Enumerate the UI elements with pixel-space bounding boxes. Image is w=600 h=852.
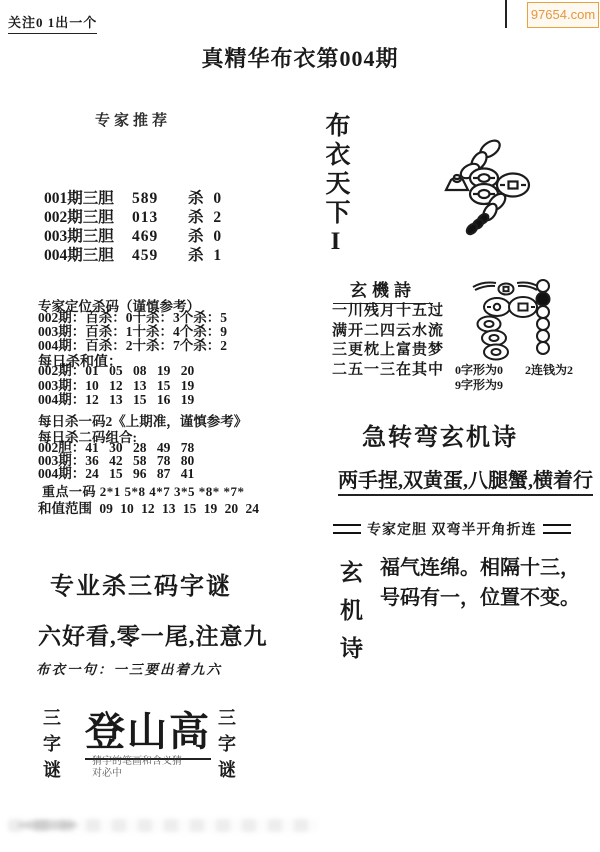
poem-line: 满开二四云水流 [332, 322, 444, 342]
sharp-turn-poem-title: 急转弯玄机诗 [362, 417, 518, 452]
riddle-main-line: 六好看,零一尾,注意九 [38, 618, 268, 651]
daily-kill-sum-line: 002期：01 05 08 19 20 [38, 364, 194, 379]
daily-kill-sum-line: 003期：10 12 13 15 19 [38, 379, 194, 394]
poem-line: 二五一三在其中 [332, 361, 444, 381]
note-line: 猜字的笔画和含义猜 [92, 756, 182, 768]
note-line: 对必中 [92, 768, 182, 780]
three-char-riddle-label-right: 三字谜 [213, 708, 239, 786]
banner-dash-right [543, 524, 571, 534]
site-link[interactable]: 97654.com [527, 2, 599, 28]
kill-value: 杀 0 [188, 227, 224, 246]
poem-line: 三更枕上富贵梦 [332, 341, 444, 361]
buyi-sentence: 布衣一句：一三要出着九六 [36, 658, 222, 678]
dan-value: 013 [132, 208, 188, 227]
dan-value: 459 [132, 246, 188, 265]
kill-position-line: 003期：百杀：1十杀：4个杀：9 [38, 325, 227, 339]
expert-dan-banner: 专家定胆 双弯半开角折连 [333, 519, 571, 539]
xuanji-line: 号码有一，位置不变。 [380, 583, 580, 613]
table-row: 004期三胆 459 杀 1 [44, 246, 224, 265]
mystery-poem-title: 玄機詩 [333, 276, 433, 304]
three-char-riddle-label-left: 三字谜 [38, 708, 64, 786]
mystery-poem: 一川残月十五过 满开二四云水流 三更枕上富贵梦 二五一三在其中 [332, 302, 444, 380]
daily-kill-two-line: 004期：24 15 96 87 41 [38, 467, 194, 480]
daily-kill-sum-lines: 002期：01 05 08 19 20 003期：10 12 13 15 19 … [38, 364, 194, 408]
three-char-riddle-answer: 登山高 [85, 700, 211, 760]
expert-recommend-title: 专家推荐 [95, 109, 171, 130]
xuanji-poem-text: 福气连绵。相隔十三， 号码有一，位置不变。 [380, 553, 580, 613]
three-char-riddle-note: 猜字的笔画和含义猜 对必中 [92, 756, 182, 780]
kill-position-lines: 002期：百杀：0十杀：3个杀：5 003期：百杀：1十杀：4个杀：9 004期… [38, 311, 227, 353]
period-label: 002期三胆 [44, 208, 132, 227]
period-label: 003期三胆 [44, 227, 132, 246]
coin-caption: 2连钱为2 [525, 361, 573, 378]
xuanji-poem-vertical-label: 玄机诗 [333, 560, 366, 674]
buyi-tianxia-vertical-title: 布衣天下I [317, 112, 353, 259]
kill-value: 杀 0 [188, 189, 224, 208]
kill-value: 杀 1 [188, 246, 224, 265]
xuanji-line: 福气连绵。相隔十三， [380, 553, 580, 583]
kill-position-line: 002期：百杀：0十杀：3个杀：5 [38, 311, 227, 325]
table-row: 001期三胆 589 杀 0 [44, 189, 224, 208]
banner-dash-left [333, 524, 361, 534]
daily-kill-two-lines: 002胆：41 30 28 49 78 003期：36 42 58 78 80 … [38, 441, 194, 480]
header-separator-line [505, 0, 507, 28]
sharp-turn-poem-line: 两手捏,双黄蛋,八腿蟹,横着行 [338, 464, 593, 496]
sum-range-line: 和值范围 09 10 12 13 15 19 20 24 [38, 497, 259, 517]
page-title: 真精华布衣第004期 [0, 42, 600, 73]
kill-value: 杀 2 [188, 208, 224, 227]
table-row: 003期三胆 469 杀 0 [44, 227, 224, 246]
dan-value: 469 [132, 227, 188, 246]
coin-rebus-diagram-icon [443, 272, 578, 364]
period-label: 001期三胆 [44, 189, 132, 208]
coin-chain-diagram-icon [420, 128, 600, 263]
poem-line: 一川残月十五过 [332, 302, 444, 322]
top-note: 关注0 1出一个 [8, 12, 97, 34]
banner-text: 专家定胆 双弯半开角折连 [367, 519, 537, 539]
riddle-title: 专业杀三码字谜 [50, 566, 232, 601]
table-row: 002期三胆 013 杀 2 [44, 208, 224, 227]
daily-kill-sum-line: 004期：12 13 15 16 19 [38, 393, 194, 408]
expert-recommend-table: 001期三胆 589 杀 0 002期三胆 013 杀 2 003期三胆 469… [44, 189, 224, 265]
period-label: 004期三胆 [44, 246, 132, 265]
dan-value: 589 [132, 189, 188, 208]
coin-caption: 9字形为9 [455, 376, 503, 393]
faint-watermark-blob [18, 820, 78, 830]
